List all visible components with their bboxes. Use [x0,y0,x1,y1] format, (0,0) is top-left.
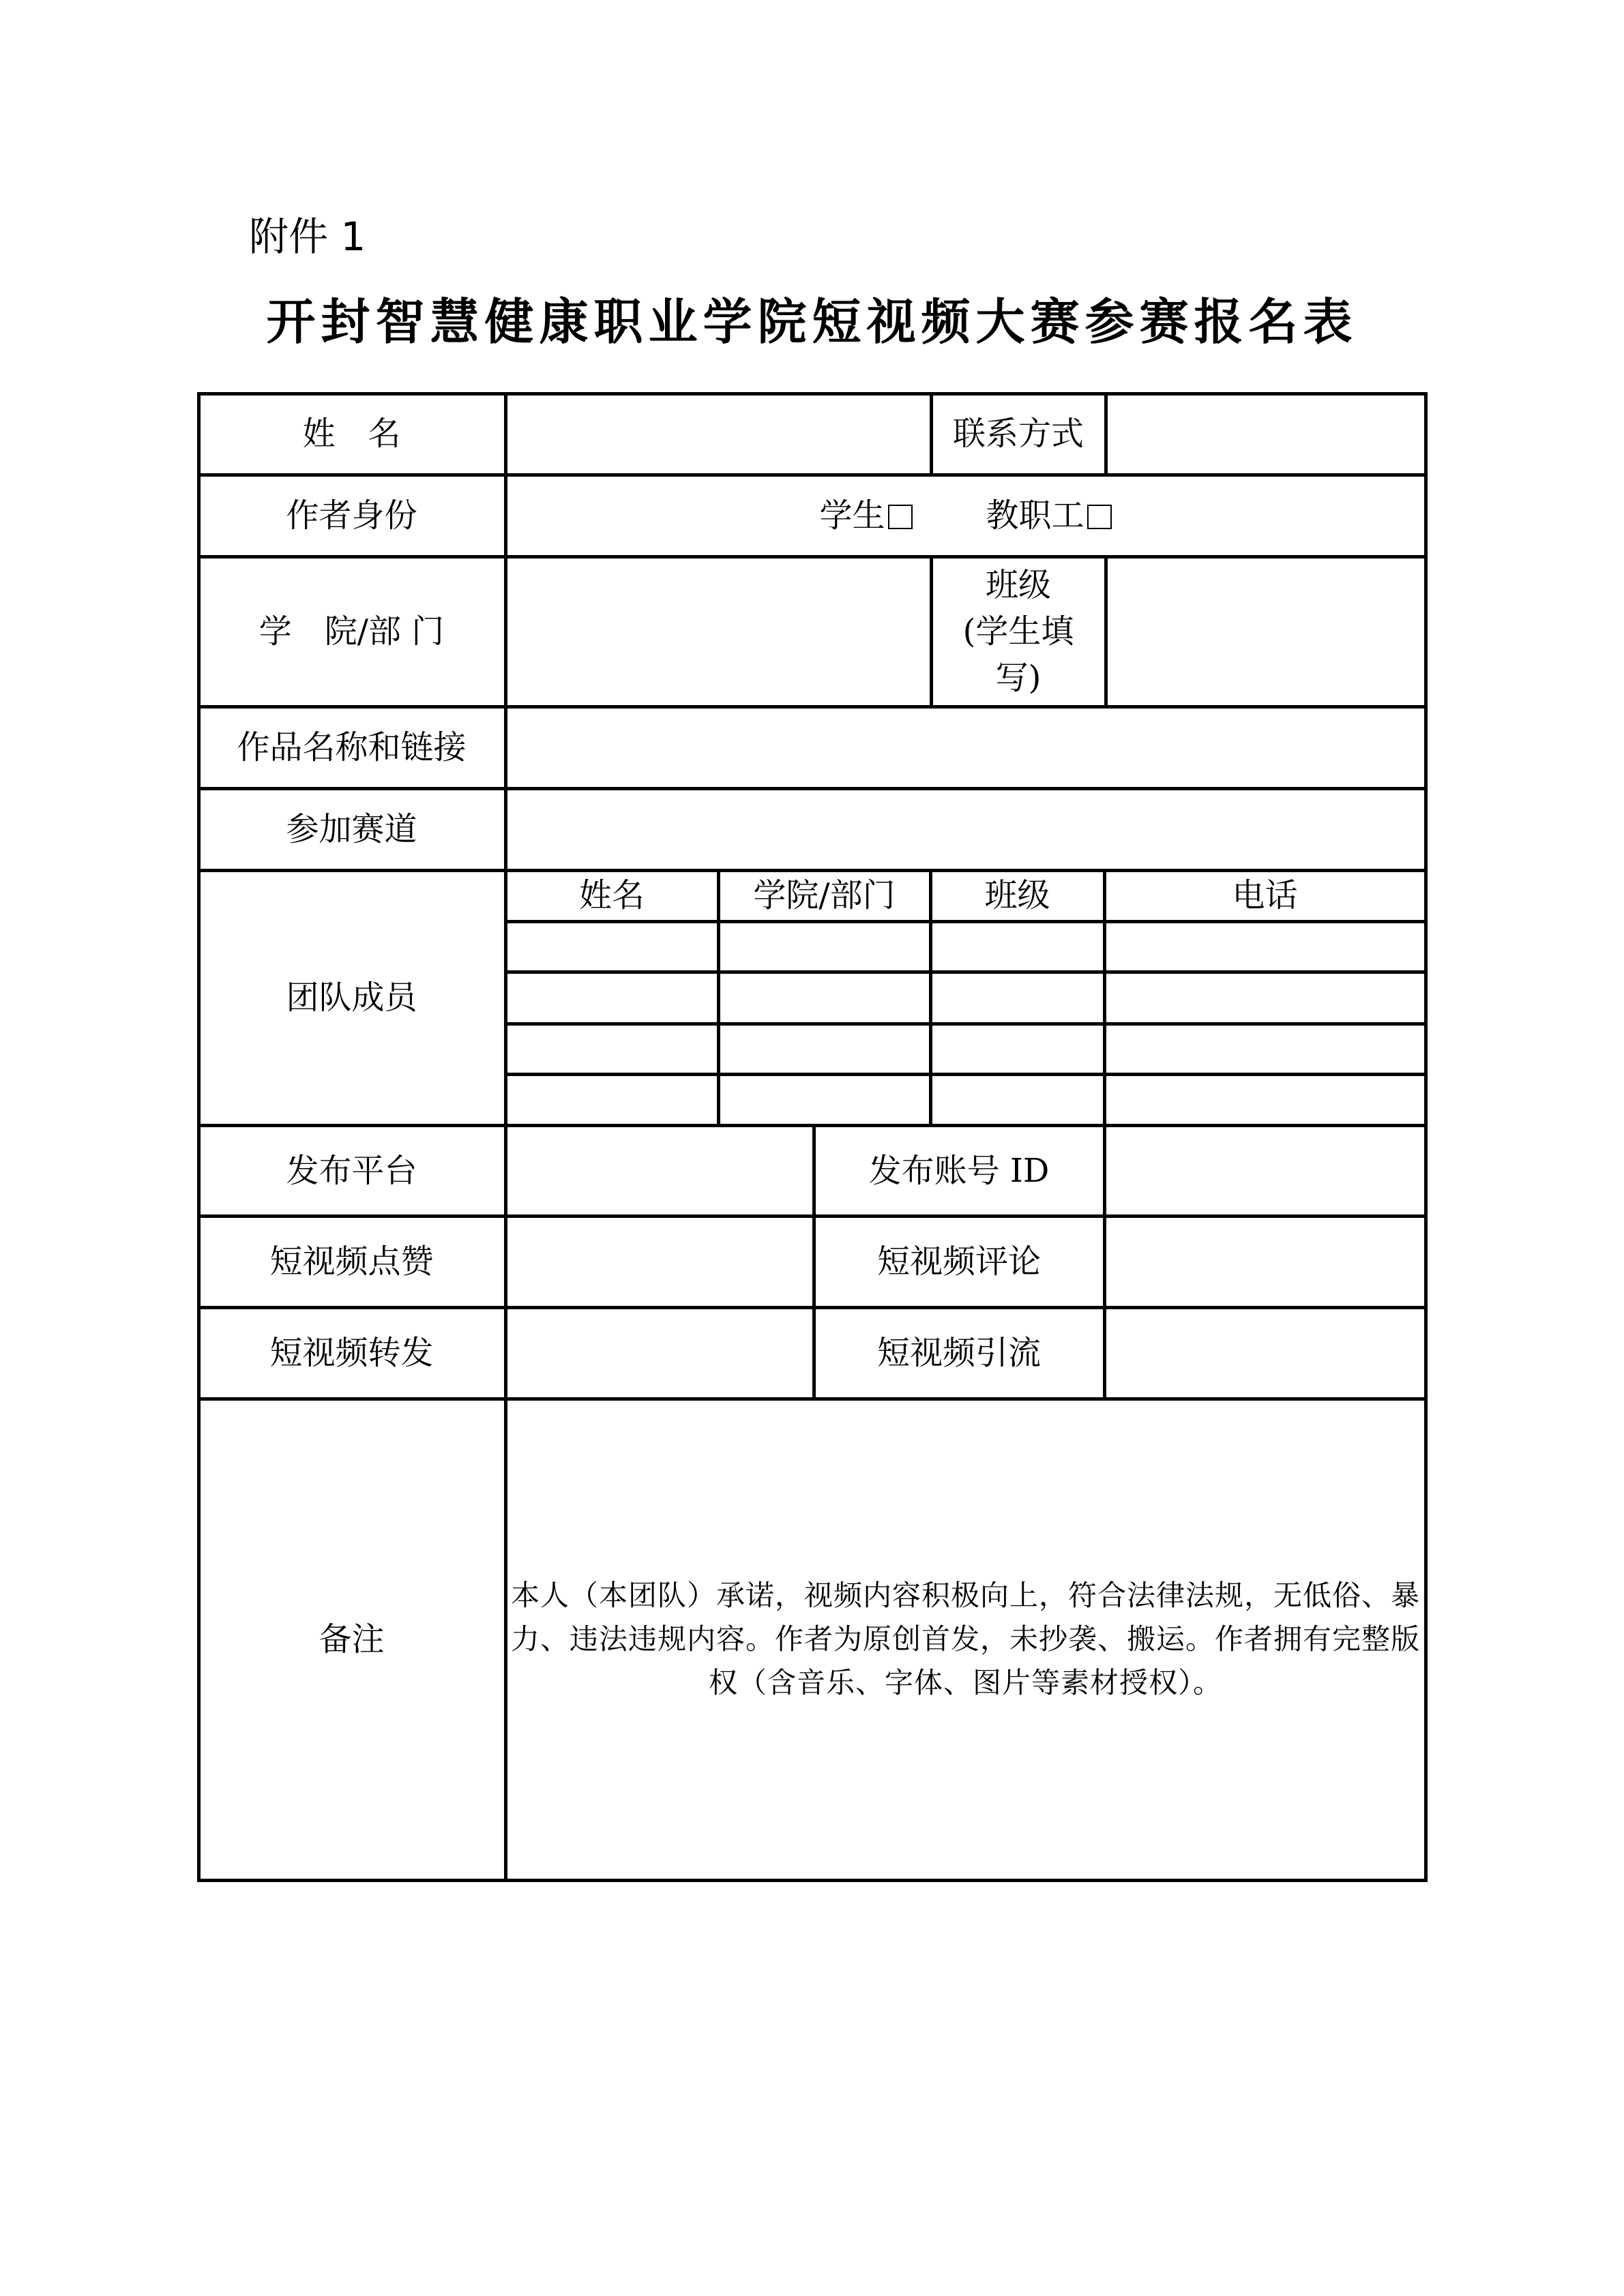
team-row-3-name[interactable] [505,1024,719,1075]
identity-option-staff[interactable]: 教职工 [986,495,1112,536]
likes-field[interactable] [505,1216,814,1308]
contact-label-cell: 联系方式 [931,393,1106,475]
class-field[interactable] [1106,556,1426,707]
department-label: 学 院/部 门 [259,611,444,652]
shares-label-cell: 短视频转发 [198,1307,506,1399]
department-label-cell: 学 院/部 门 [198,556,506,707]
team-row-3-department[interactable] [718,1024,931,1075]
attachment-label: 附件 1 [249,213,366,260]
team-row-4-phone[interactable] [1104,1074,1426,1126]
team-header-department: 学院/部门 [718,870,931,922]
platform-label: 发布平台 [286,1150,417,1191]
team-row-4-name[interactable] [505,1074,719,1126]
class-label-line-3: 写) [996,655,1042,701]
remarks-pledge-text: 本人（本团队）承诺，视频内容积极向上，符合法律法规，无低俗、暴力、违法违规内容。… [507,1574,1424,1705]
track-field[interactable] [505,788,1426,871]
platform-field[interactable] [505,1125,814,1217]
team-header-name: 姓名 [505,870,719,922]
team-label-cell: 团队成员 [198,870,506,1126]
department-field[interactable] [505,556,932,707]
identity-label: 作者身份 [286,495,417,536]
team-row-2-department[interactable] [718,972,931,1024]
identity-option-student[interactable]: 学生 [819,495,912,536]
remarks-label: 备注 [319,1619,384,1660]
team-row-4-department[interactable] [718,1074,931,1126]
platform-label-cell: 发布平台 [198,1125,506,1217]
class-label-line-1: 班级 [986,562,1051,608]
class-label-cell: 班级 (学生填 写) [931,556,1106,707]
class-label-line-2: (学生填 [963,608,1074,655]
work-name-label: 作品名称和链接 [237,727,466,768]
account-id-field[interactable] [1104,1125,1426,1217]
identity-label-cell: 作者身份 [198,475,506,557]
remarks-cell: 本人（本团队）承诺，视频内容积极向上，符合法律法规，无低俗、暴力、违法违规内容。… [505,1399,1426,1881]
team-header-class: 班级 [930,870,1105,922]
team-row-1-phone[interactable] [1104,921,1426,972]
name-label: 姓 名 [302,413,400,454]
team-row-2-class[interactable] [930,972,1105,1024]
comments-field[interactable] [1104,1216,1426,1308]
team-row-3-class[interactable] [930,1024,1105,1075]
likes-label-cell: 短视频点赞 [198,1216,506,1308]
work-name-field[interactable] [505,706,1426,789]
staff-option-label: 教职工 [986,496,1084,535]
remarks-label-cell: 备注 [198,1399,506,1881]
account-id-label-cell: 发布账号 ID [814,1125,1105,1217]
contact-field[interactable] [1106,393,1426,475]
track-label-cell: 参加赛道 [198,788,506,871]
name-label-cell: 姓 名 [198,393,506,475]
comments-label-cell: 短视频评论 [814,1216,1105,1308]
student-option-label: 学生 [819,496,885,535]
work-name-label-cell: 作品名称和链接 [198,706,506,789]
team-row-1-name[interactable] [505,921,719,972]
team-row-2-phone[interactable] [1104,972,1426,1024]
team-row-1-department[interactable] [718,921,931,972]
traffic-label-cell: 短视频引流 [814,1307,1105,1399]
shares-field[interactable] [505,1307,814,1399]
traffic-field[interactable] [1104,1307,1426,1399]
team-header-phone: 电话 [1104,870,1426,922]
identity-options-cell: 学生 教职工 [505,475,1426,557]
name-field[interactable] [505,393,932,475]
team-row-2-name[interactable] [505,972,719,1024]
team-row-3-phone[interactable] [1104,1024,1426,1075]
staff-checkbox[interactable] [1087,505,1112,529]
likes-label: 短视频点赞 [269,1241,433,1282]
contact-label: 联系方式 [953,413,1084,454]
traffic-label: 短视频引流 [877,1332,1041,1373]
team-row-1-class[interactable] [930,921,1105,972]
student-checkbox[interactable] [888,505,913,529]
shares-label: 短视频转发 [269,1332,433,1373]
team-row-4-class[interactable] [930,1074,1105,1126]
comments-label: 短视频评论 [877,1241,1041,1282]
team-label: 团队成员 [286,977,417,1018]
track-label: 参加赛道 [286,809,417,850]
account-id-label: 发布账号 ID [869,1150,1050,1191]
form-title: 开封智慧健康职业学院短视频大赛参赛报名表 [0,292,1624,352]
